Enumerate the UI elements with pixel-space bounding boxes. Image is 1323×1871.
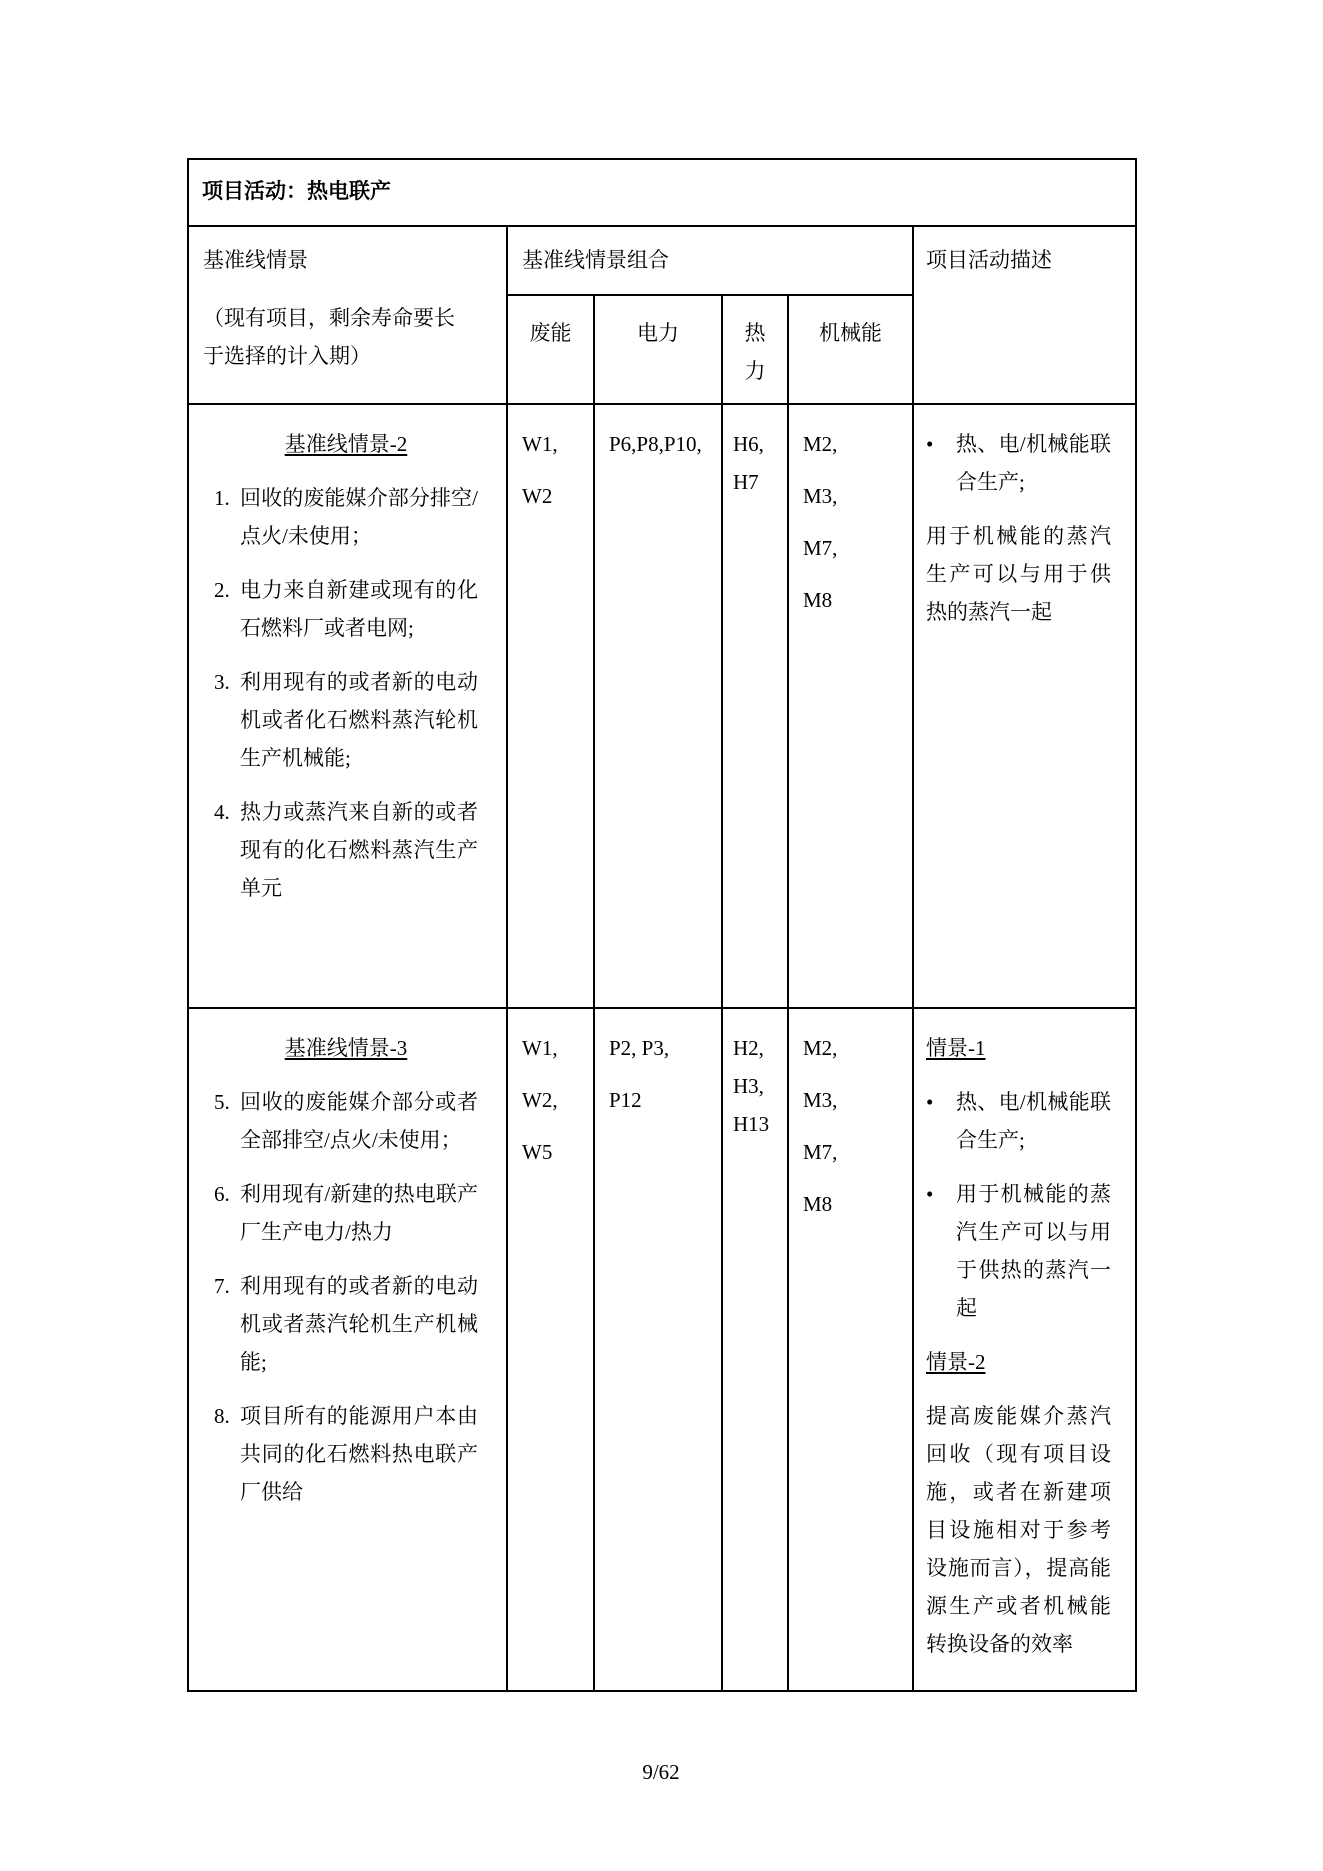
header-combo-cell: 基准线情景组合: [507, 226, 913, 295]
bullet-icon: •: [926, 425, 956, 501]
scenario-2-mech-cell: M2, M3, M7, M8: [788, 404, 913, 1008]
scenario-3-power-cell: P2, P3, P12: [594, 1008, 722, 1691]
scenario-3-cell: 基准线情景-3 5. 回收的废能媒介部分或者全部排空/点火/未使用； 6. 利用…: [188, 1008, 507, 1691]
bullet-icon: •: [926, 1175, 956, 1327]
header-project-desc-label: 项目活动描述: [926, 248, 1052, 272]
code-value: W2: [522, 477, 589, 515]
scenario-2-cell: 基准线情景-2 1. 回收的废能媒介部分排空/点火/未使用； 2. 电力来自新建…: [188, 404, 507, 1008]
list-item: 4. 热力或蒸汽来自新的或者现有的化石燃料蒸汽生产单元: [214, 793, 478, 907]
code-value: P2, P3,: [609, 1029, 717, 1067]
list-item: 6. 利用现有/新建的热电联产厂生产电力/热力: [214, 1175, 478, 1251]
code-value: H6, H7: [733, 425, 783, 501]
code-value: W2,: [522, 1081, 589, 1119]
code-value: M3,: [803, 1081, 908, 1119]
desc-paragraph: 提高废能媒介蒸汽回收（现有项目设施，或者在新建项目设施相对于参考设施而言），提高…: [926, 1397, 1111, 1663]
code-value: M2,: [803, 1029, 908, 1067]
document-page: 项目活动：热电联产 基准线情景 （现有项目，剩余寿命要长于选择的计入期） 基准线…: [0, 0, 1323, 1871]
subheader-power-cell: 电力: [594, 295, 722, 404]
scenario-3-desc-cell: 情景-1 • 热、电/机械能联合生产; • 用于机械能的蒸汽生产可以与用于供热的…: [913, 1008, 1136, 1691]
table-title-cell: 项目活动：热电联产: [188, 159, 1136, 226]
list-item: 2. 电力来自新建或现有的化石燃料厂或者电网;: [214, 571, 478, 647]
list-item: 1. 回收的废能媒介部分排空/点火/未使用；: [214, 479, 478, 555]
code-value: M7,: [803, 529, 908, 567]
scenario-2-heat-cell: H6, H7: [722, 404, 788, 1008]
code-value: P12: [609, 1081, 717, 1119]
scenario-3-title: 基准线情景-3: [214, 1029, 478, 1067]
code-value: M8: [803, 1185, 908, 1223]
header-baseline-scenario: 基准线情景: [203, 241, 490, 279]
subheader-mech-cell: 机械能: [788, 295, 913, 404]
table-title: 项目活动：热电联产: [202, 179, 391, 203]
subheader-power-label: 电力: [599, 314, 717, 352]
scenario-3-waste-cell: W1, W2, W5: [507, 1008, 594, 1691]
table-row-scenario-3: 基准线情景-3 5. 回收的废能媒介部分或者全部排空/点火/未使用； 6. 利用…: [188, 1008, 1136, 1691]
table-title-row: 项目活动：热电联产: [188, 159, 1136, 226]
subheader-waste-label: 废能: [512, 314, 589, 352]
code-value: M2,: [803, 425, 908, 463]
table-header-row: 基准线情景 （现有项目，剩余寿命要长于选择的计入期） 基准线情景组合 项目活动描…: [188, 226, 1136, 295]
header-baseline-note: （现有项目，剩余寿命要长于选择的计入期）: [203, 299, 461, 375]
baseline-scenario-table: 项目活动：热电联产 基准线情景 （现有项目，剩余寿命要长于选择的计入期） 基准线…: [187, 158, 1137, 1692]
code-value: W1,: [522, 1029, 589, 1067]
bullet-item: • 用于机械能的蒸汽生产可以与用于供热的蒸汽一起: [926, 1175, 1111, 1327]
code-value: M8: [803, 581, 908, 619]
subheader-waste-cell: 废能: [507, 295, 594, 404]
list-item: 8. 项目所有的能源用户本由共同的化石燃料热电联产厂供给: [214, 1397, 478, 1511]
subheader-mech-label: 机械能: [793, 314, 908, 352]
header-combo-label: 基准线情景组合: [522, 248, 669, 272]
scenario-2-power-cell: P6,P8,P10,: [594, 404, 722, 1008]
header-baseline-scenario-cell: 基准线情景 （现有项目，剩余寿命要长于选择的计入期）: [188, 226, 507, 404]
bullet-icon: •: [926, 1083, 956, 1159]
list-item: 3. 利用现有的或者新的电动机或者化石燃料蒸汽轮机生产机械能;: [214, 663, 478, 777]
scenario-1-label: 情景-1: [926, 1029, 1111, 1067]
table-row-scenario-2: 基准线情景-2 1. 回收的废能媒介部分排空/点火/未使用； 2. 电力来自新建…: [188, 404, 1136, 1008]
scenario-3-mech-cell: M2, M3, M7, M8: [788, 1008, 913, 1691]
code-value: M7,: [803, 1133, 908, 1171]
desc-paragraph: 用于机械能的蒸汽生产可以与用于供热的蒸汽一起: [926, 517, 1111, 631]
code-value: M3,: [803, 477, 908, 515]
code-value: W5: [522, 1133, 589, 1171]
scenario-2-waste-cell: W1, W2: [507, 404, 594, 1008]
scenario-2-label: 情景-2: [926, 1343, 1111, 1381]
page-number: 9/62: [187, 1753, 1135, 1791]
bullet-item: • 热、电/机械能联合生产;: [926, 425, 1111, 501]
list-item: 7. 利用现有的或者新的电动机或者蒸汽轮机生产机械能;: [214, 1267, 478, 1381]
scenario-2-title: 基准线情景-2: [214, 425, 478, 463]
header-project-desc-cell: 项目活动描述: [913, 226, 1136, 404]
code-value: W1,: [522, 425, 589, 463]
scenario-3-heat-cell: H2, H3, H13: [722, 1008, 788, 1691]
scenario-2-desc-cell: • 热、电/机械能联合生产; 用于机械能的蒸汽生产可以与用于供热的蒸汽一起: [913, 404, 1136, 1008]
subheader-heat-label: 热力: [744, 314, 767, 390]
code-value: H2, H3, H13: [733, 1029, 783, 1143]
code-value: P6,P8,P10,: [609, 425, 717, 463]
bullet-item: • 热、电/机械能联合生产;: [926, 1083, 1111, 1159]
list-item: 5. 回收的废能媒介部分或者全部排空/点火/未使用；: [214, 1083, 478, 1159]
subheader-heat-cell: 热力: [722, 295, 788, 404]
